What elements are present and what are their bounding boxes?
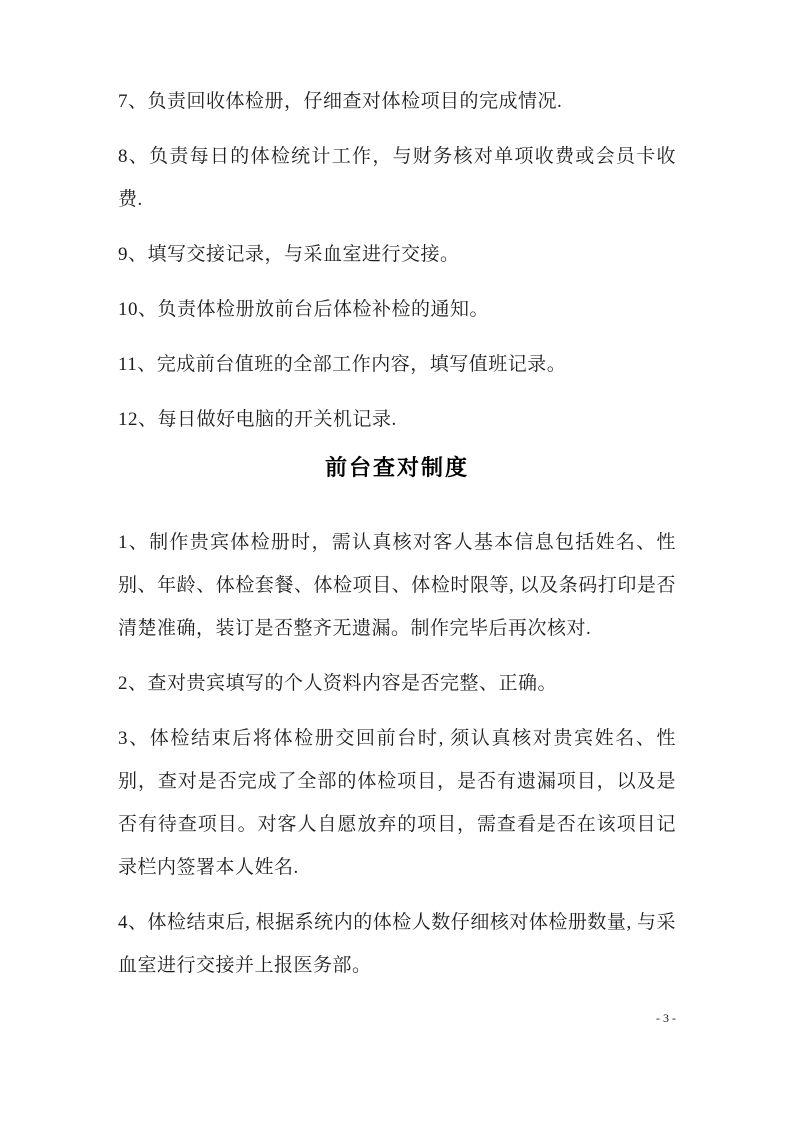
list-item-10: 10、负责体检册放前台后体检补检的通知。 <box>118 288 676 331</box>
list-item-9: 9、填写交接记录，与采血室进行交接。 <box>118 233 676 276</box>
list-item-11: 11、完成前台值班的全部工作内容，填写值班记录。 <box>118 343 676 386</box>
document-page: 7、负责回收体检册，仔细查对体检项目的完成情况. 8、负责每日的体检统计工作，与… <box>0 0 793 1122</box>
list-item-7: 7、负责回收体检册，仔细查对体检项目的完成情况. <box>118 80 676 123</box>
list-item-4: 4、体检结束后, 根据系统内的体检人数仔细核对体检册数量, 与采血室进行交接并上… <box>118 901 676 987</box>
list-item-3: 3、体检结束后将体检册交回前台时, 须认真核对贵宾姓名、性别，查对是否完成了全部… <box>118 717 676 889</box>
list-item-8: 8、负责每日的体检统计工作，与财务核对单项收费或会员卡收费. <box>118 135 676 221</box>
list-item-2: 2、查对贵宾填写的个人资料内容是否完整、正确。 <box>118 662 676 705</box>
section-heading: 前台查对制度 <box>118 453 676 483</box>
list-item-12: 12、每日做好电脑的开关机记录. <box>118 398 676 441</box>
list-item-1: 1、制作贵宾体检册时，需认真核对客人基本信息包括姓名、性别、年龄、体检套餐、体检… <box>118 521 676 650</box>
page-number: - 3 - <box>656 1010 676 1026</box>
